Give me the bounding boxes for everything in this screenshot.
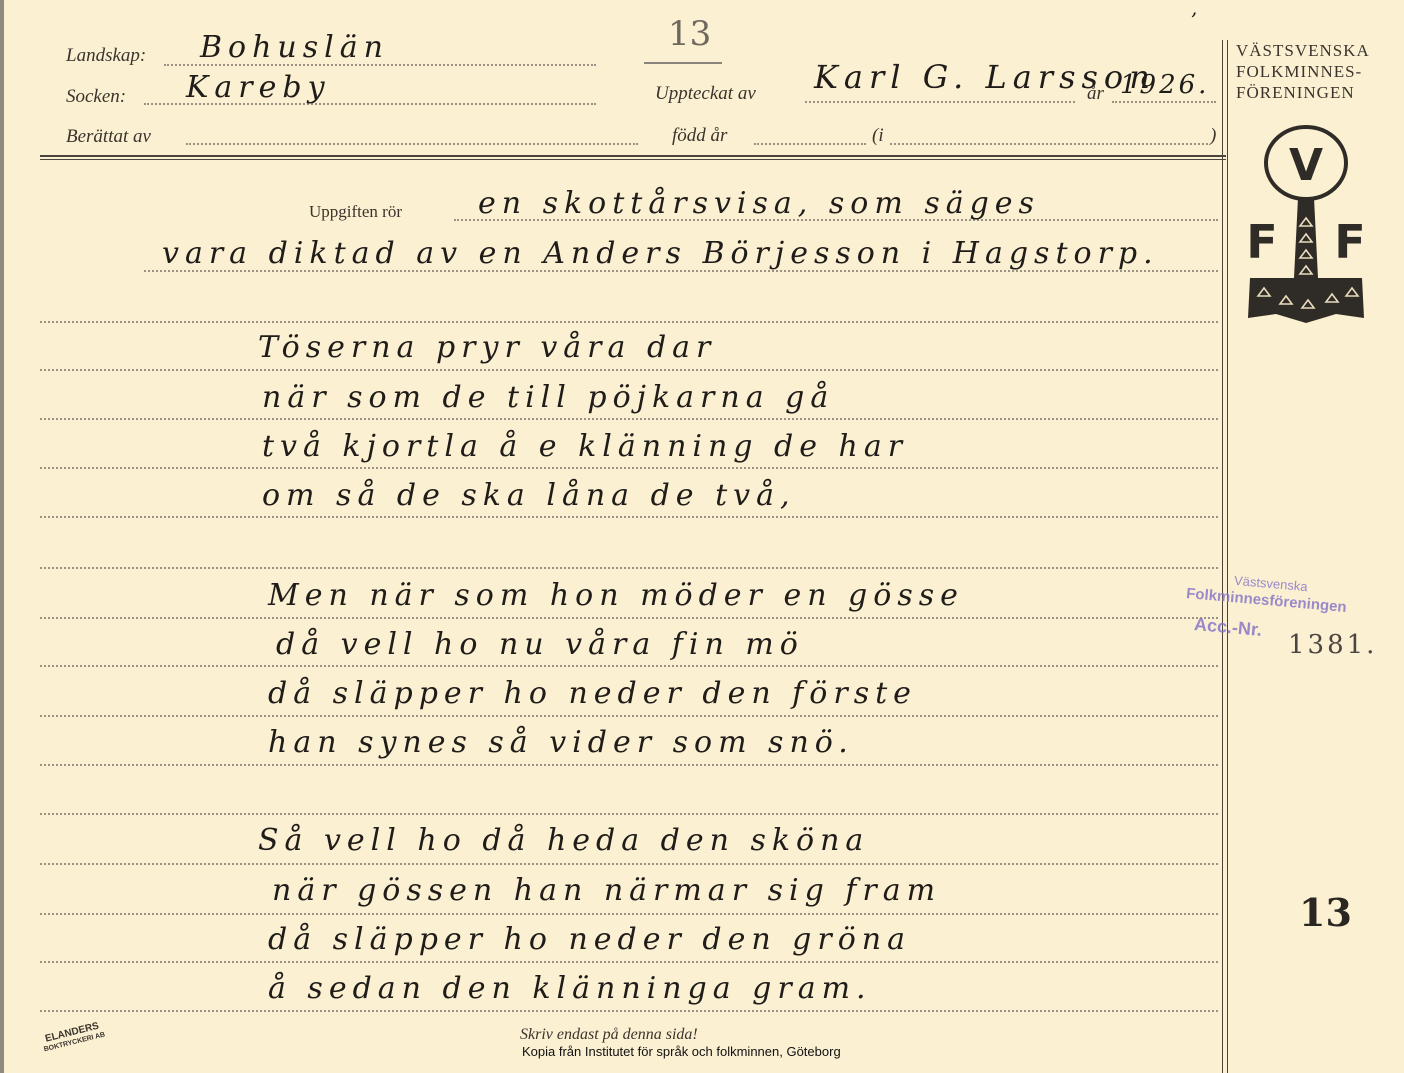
page-number: 13 [1299, 890, 1352, 935]
scan-edge [0, 0, 4, 1073]
ruled-line [40, 764, 1218, 766]
subject-label: Uppgiften rör [309, 202, 402, 222]
ruled-line [40, 467, 1218, 469]
verse-2-line-3: då släpper ho neder den förste [268, 676, 917, 711]
tick-mark: ʼ [1190, 8, 1196, 32]
ar-label: år [1087, 83, 1104, 105]
printer-mark: ELANDERS BOKTRYCKERI AB [41, 1021, 107, 1056]
ruled-line [40, 516, 1218, 518]
uppteckat-value: Karl G. Larsson [814, 58, 1156, 96]
footer-instruction: Skriv endast på denna sida! [520, 1026, 698, 1044]
verse-1-line-1: Töserna pryr våra dar [258, 330, 716, 365]
verse-2-line-4: han synes så vider som snö. [268, 725, 854, 760]
verse-3-line-1: Så vell ho då heda den sköna [258, 823, 869, 858]
organization-name: VÄSTSVENSKA FOLKMINNES- FÖRENINGEN [1236, 40, 1370, 103]
fodd-ar-label: född år [672, 125, 727, 147]
berattat-label: Berättat av [66, 126, 151, 148]
ruled-line [40, 665, 1218, 667]
landskap-label: Landskap: [66, 45, 146, 67]
verse-3-line-3: då släpper ho neder den gröna [268, 922, 911, 957]
uppteckat-line [805, 101, 1075, 103]
ar-value: 1926. [1120, 70, 1209, 100]
org-line-2: FOLKMINNES- [1236, 61, 1370, 82]
column-divider-left [1222, 40, 1223, 1073]
svg-text:F: F [1246, 215, 1277, 269]
subject-value-1: en skottårsvisa, som säges [478, 186, 1040, 221]
ruled-line [40, 913, 1218, 915]
header-rule-top [40, 155, 1226, 157]
verse-1-line-2: när som de till pöjkarna gå [262, 380, 834, 415]
column-divider-right [1227, 40, 1228, 1073]
org-line-1: VÄSTSVENSKA [1236, 40, 1370, 61]
ort-close: ) [1210, 125, 1216, 147]
verse-2-line-1: Men när som hon möder en gösse [268, 578, 964, 613]
card-number-underline [644, 62, 722, 64]
ort-line [890, 143, 1208, 145]
ruled-line [40, 961, 1218, 963]
uppteckat-label: Uppteckat av [655, 83, 756, 105]
berattat-line [186, 143, 638, 145]
svg-text:F: F [1334, 215, 1365, 269]
ruled-line [40, 321, 1218, 323]
org-line-3: FÖRENINGEN [1236, 82, 1370, 103]
ruled-line [40, 863, 1218, 865]
verse-1-line-3: två kjortla å e klänning de har [262, 429, 908, 464]
verse-1-line-4: om så de ska låna de två, [262, 478, 796, 513]
ruled-line [40, 715, 1218, 717]
header-rule-bottom [40, 159, 1226, 160]
verse-2-line-2: då vell ho nu våra fin mö [276, 627, 804, 662]
ruled-line [40, 617, 1218, 619]
socken-value: Kareby [186, 70, 331, 105]
verse-3-line-2: när gössen han närmar sig fram [272, 873, 941, 908]
card-number: 13 [668, 14, 711, 54]
ort-open: (i [872, 125, 884, 147]
subject-value-2: vara diktad av en Anders Börjesson i Hag… [162, 236, 1159, 271]
vff-hammer-logo-icon: V F F [1240, 118, 1375, 333]
ruled-line [40, 1010, 1218, 1012]
ruled-line [40, 567, 1218, 569]
stamp-acc-label: Acc.-Nr. [1193, 614, 1263, 641]
accession-number: 1381. [1288, 630, 1377, 660]
landskap-value: Bohuslän [200, 30, 389, 65]
ruled-line [40, 369, 1218, 371]
verse-3-line-4: å sedan den klänninga gram. [268, 971, 872, 1006]
fodd-ar-line [754, 143, 866, 145]
ruled-line [40, 813, 1218, 815]
ruled-line [40, 418, 1218, 420]
ar-line [1112, 101, 1216, 103]
svg-text:V: V [1289, 140, 1323, 191]
copy-notice: Kopia från Institutet för språk och folk… [522, 1044, 841, 1059]
socken-label: Socken: [66, 86, 126, 108]
